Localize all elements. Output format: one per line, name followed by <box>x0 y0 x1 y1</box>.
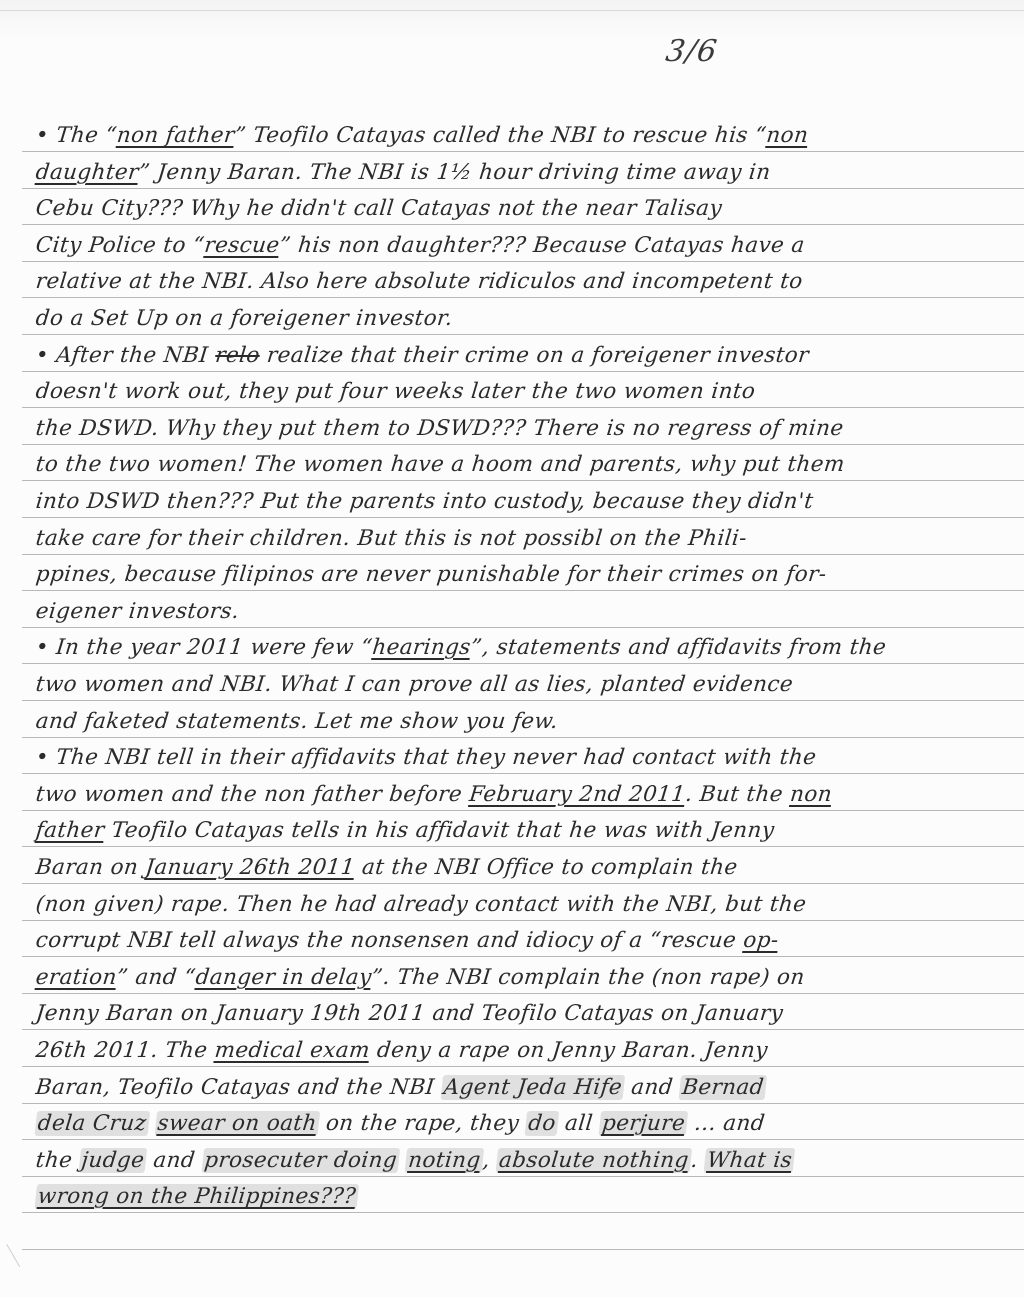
highlighted-text: Bernad <box>679 1075 767 1100</box>
text-segment: ” Jenny Baran. The NBI is 1½ hour drivin… <box>137 160 771 185</box>
text-segment: all <box>557 1111 602 1136</box>
text-line: to the two women! The women have a hoom … <box>34 448 1018 482</box>
text-segment: doesn't work out, they put four weeks la… <box>35 379 757 404</box>
text-segment: Baran, Teofilo Catayas and the NBI <box>35 1075 444 1100</box>
underlined-text: February 2nd 2011 <box>468 782 687 807</box>
ruled-line <box>22 1249 1024 1250</box>
text-line: relative at the NBI. Also here absolute … <box>34 265 1018 299</box>
text-segment: eigener investors. <box>35 599 241 624</box>
text-line: • The “non father” Teofilo Catayas calle… <box>34 119 1018 153</box>
handwritten-page: 3/6 • The “non father” Teofilo Catayas c… <box>0 0 1024 1297</box>
underlined-text: absolute nothing <box>496 1148 692 1173</box>
text-segment: relative at the NBI. Also here absolute … <box>35 269 804 294</box>
text-line: two women and the non father before Febr… <box>34 778 1018 812</box>
underlined-text: rescue <box>203 233 281 258</box>
underlined-text: father <box>35 818 106 843</box>
text-segment: • The NBI tell in their affidavits that … <box>35 745 818 770</box>
text-segment: two women and the non father before <box>35 782 471 807</box>
text-segment: ”. The NBI complain the (non rape) on <box>370 965 806 990</box>
text-line: the DSWD. Why they put them to DSWD??? T… <box>34 412 1018 446</box>
text-line: wrong on the Philippines??? <box>34 1180 1018 1214</box>
text-segment: realize that their crime on a foreigener… <box>258 343 810 368</box>
text-line: doesn't work out, they put four weeks la… <box>34 375 1018 409</box>
text-line: ppines, because filipinos are never puni… <box>34 558 1018 592</box>
text-line: Baran on January 26th 2011 at the NBI Of… <box>34 851 1018 885</box>
text-segment: • In the year 2011 were few “ <box>35 635 374 660</box>
text-line: do a Set Up on a foreigener investor. <box>34 302 1018 336</box>
text-segment: • The “ <box>35 123 119 148</box>
text-line: Baran, Teofilo Catayas and the NBI Agent… <box>34 1071 1018 1105</box>
text-line: dela Cruz swear on oath on the rape, the… <box>34 1107 1018 1141</box>
text-line: and faketed statements. Let me show you … <box>34 705 1018 739</box>
text-line: eigener investors. <box>34 595 1018 629</box>
text-line: Cebu City??? Why he didn't call Catayas … <box>34 192 1018 226</box>
text-line: • In the year 2011 were few “hearings”, … <box>34 631 1018 665</box>
text-segment: . But the <box>684 782 791 807</box>
text-segment: City Police to “ <box>35 233 206 258</box>
text-segment: ”, statements and affidavits from the <box>469 635 887 660</box>
underlined-text: perjure <box>599 1111 689 1136</box>
text-segment: the DSWD. Why they put them to DSWD??? T… <box>35 416 845 441</box>
text-segment: 26th 2011. The <box>35 1038 216 1063</box>
text-segment: to the two women! The women have a hoom … <box>35 452 847 477</box>
text-segment: on the rape, they <box>317 1111 527 1136</box>
text-line: • The NBI tell in their affidavits that … <box>34 741 1018 775</box>
text-segment: Baran on <box>35 855 147 880</box>
text-line: corrupt NBI tell always the nonsensen an… <box>34 924 1018 958</box>
underlined-text: noting <box>405 1148 484 1173</box>
text-segment: ... and <box>686 1111 766 1136</box>
underlined-text: swear on oath <box>154 1111 320 1136</box>
text-segment: the <box>35 1148 81 1173</box>
text-line: 26th 2011. The medical exam deny a rape … <box>34 1034 1018 1068</box>
text-line: City Police to “rescue” his non daughter… <box>34 229 1018 263</box>
underlined-text: hearings <box>371 635 472 660</box>
text-line: • After the NBI relo realize that their … <box>34 339 1018 373</box>
text-segment: and <box>623 1075 682 1100</box>
text-line: the judge and prosecuter doing noting, a… <box>34 1144 1018 1178</box>
underlined-text: What is <box>704 1148 796 1173</box>
highlighted-text: do <box>525 1111 559 1136</box>
underlined-text: non father <box>116 123 236 148</box>
text-segment: deny a rape on Jenny Baran. Jenny <box>369 1038 770 1063</box>
text-line: Jenny Baran on January 19th 2011 and Teo… <box>34 997 1018 1031</box>
text-line: two women and NBI. What I can prove all … <box>34 668 1018 702</box>
text-segment: ” his non daughter??? Because Catayas ha… <box>278 233 806 258</box>
text-segment: take care for their children. But this i… <box>35 526 749 551</box>
text-segment: and faketed statements. Let me show you … <box>35 709 560 734</box>
highlighted-text: Agent Jeda Hife <box>440 1075 625 1100</box>
highlighted-text: prosecuter doing <box>201 1148 400 1173</box>
text-segment: two women and NBI. What I can prove all … <box>35 672 795 697</box>
highlighted-text: dela Cruz <box>35 1111 150 1136</box>
text-segment: corrupt NBI tell always the nonsensen an… <box>35 928 745 953</box>
underlined-text: medical exam <box>213 1038 371 1063</box>
text-segment: ” and “ <box>115 965 197 990</box>
text-line: daughter” Jenny Baran. The NBI is 1½ hou… <box>34 156 1018 190</box>
text-segment: do a Set Up on a foreigener investor. <box>35 306 454 331</box>
struck-text: relo <box>214 343 261 368</box>
text-line: (non given) rape. Then he had already co… <box>34 888 1018 922</box>
text-segment: Jenny Baran on January 19th 2011 and Teo… <box>35 1001 785 1026</box>
text-segment: ” Teofilo Catayas called the NBI to resc… <box>233 123 767 148</box>
text-line: into DSWD then??? Put the parents into c… <box>34 485 1018 519</box>
underlined-text: non <box>789 782 833 807</box>
text-segment: Teofilo Catayas tells in his affidavit t… <box>103 818 776 843</box>
underlined-text: January 26th 2011 <box>144 855 356 880</box>
text-line: eration” and “danger in delay”. The NBI … <box>34 961 1018 995</box>
text-segment: Cebu City??? Why he didn't call Catayas … <box>35 196 724 221</box>
text-segment: (non given) rape. Then he had already co… <box>35 892 808 917</box>
text-line: take care for their children. But this i… <box>34 522 1018 556</box>
text-line: father Teofilo Catayas tells in his affi… <box>34 814 1018 848</box>
underlined-text: danger in delay <box>194 965 373 990</box>
text-segment: ppines, because filipinos are never puni… <box>35 562 828 587</box>
underlined-text: op- <box>742 928 780 953</box>
underlined-text: non <box>765 123 809 148</box>
underlined-text: eration <box>35 965 119 990</box>
text-segment: at the NBI Office to complain the <box>354 855 739 880</box>
text-segment: • After the NBI <box>35 343 217 368</box>
text-segment: into DSWD then??? Put the parents into c… <box>35 489 815 514</box>
highlighted-text: judge <box>78 1148 147 1173</box>
underlined-text: wrong on the Philippines??? <box>35 1184 360 1209</box>
underlined-text: daughter <box>35 160 141 185</box>
text-segment: and <box>145 1148 204 1173</box>
